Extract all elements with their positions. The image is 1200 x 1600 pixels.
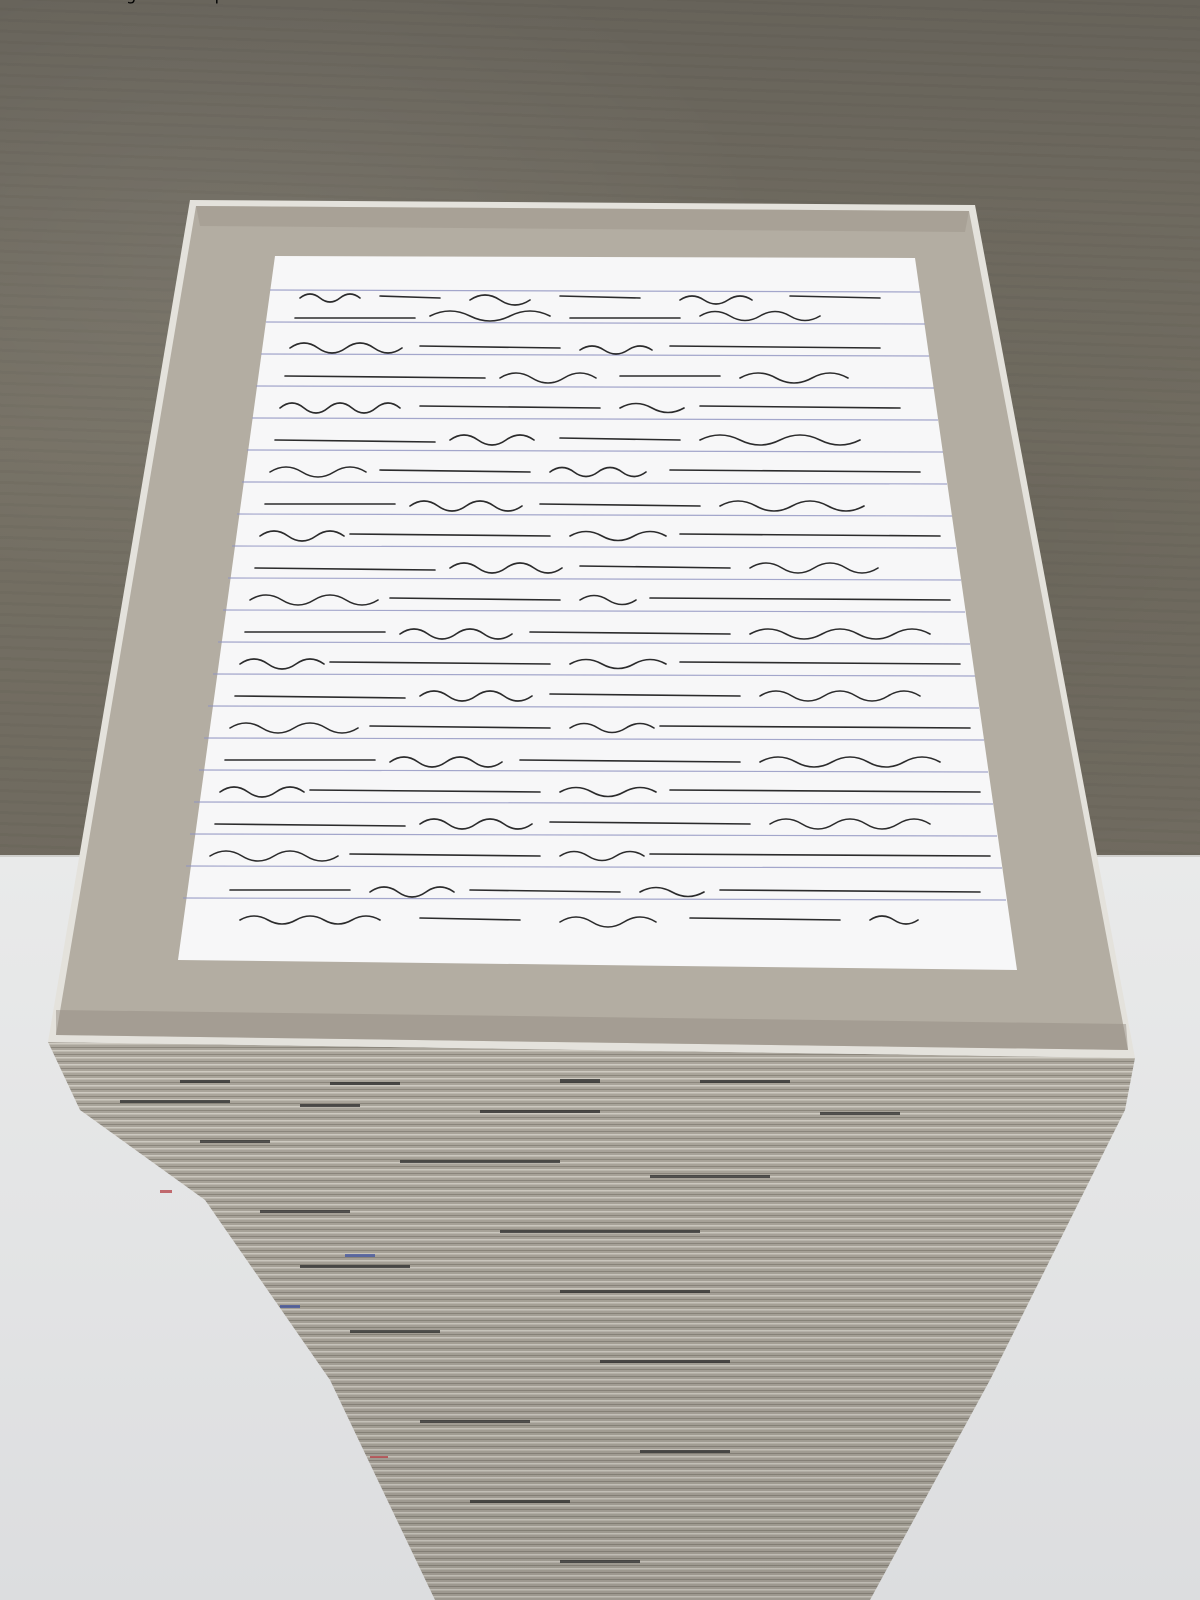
paper-stack: [48, 1042, 1135, 1600]
handwriting-fragment: occasion half organization pride ...: [0, 0, 276, 4]
paper-tower: occasion half organization pride ...: [0, 0, 1200, 1600]
